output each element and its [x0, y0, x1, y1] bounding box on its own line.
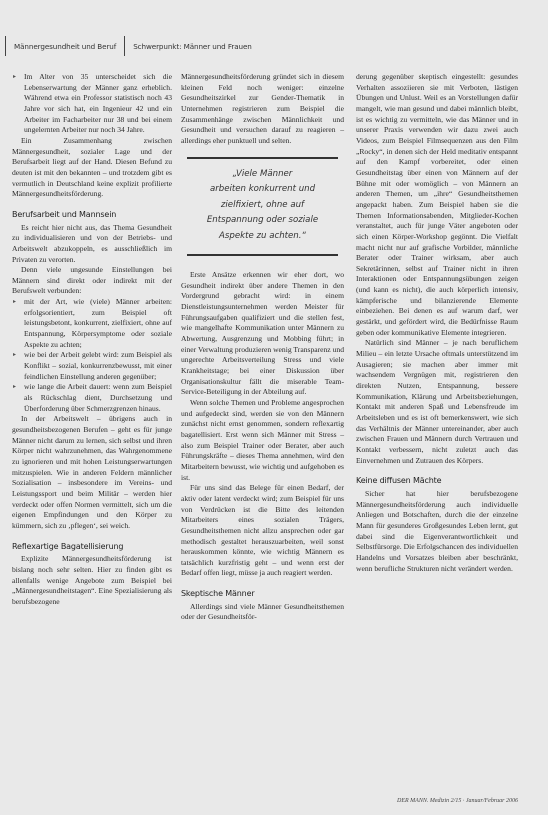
- bullet-list: mit der Art, wie (viele) Männer arbeiten…: [12, 297, 172, 414]
- page-footer-citation: DER MANN. Medizin 2/15 · Januar/Februar …: [397, 798, 518, 804]
- paragraph: Erste Ansätze erkennen wir eher dort, wo…: [181, 270, 344, 398]
- paragraph: Männergesundheitsförderung gründet sich …: [181, 72, 344, 147]
- pull-quote-line: Entspannung oder soziale: [187, 213, 338, 229]
- paragraph: Sicher hat hier berufsbezogene Männerges…: [356, 489, 518, 574]
- paragraph: In der Arbeitswelt – übrigens auch in ge…: [12, 414, 172, 531]
- section-heading-bagatellisierung: Reflexartige Bagatellisierung: [12, 542, 172, 553]
- paragraph: Ein Zusammenhang zwischen Männergesundhe…: [12, 136, 172, 200]
- paragraph: Natürlich sind Männer – je nach beruflic…: [356, 338, 518, 466]
- pull-quote: „Viele Männer arbeiten konkurrent und zi…: [187, 157, 338, 257]
- paragraph: derung gegenüber skeptisch eingestellt: …: [356, 72, 518, 338]
- list-item: wie lange die Arbeit dauert: wenn zum Be…: [24, 382, 172, 414]
- pull-quote-line: „Viele Männer: [187, 167, 338, 183]
- running-header: Männergesundheit und Beruf Schwerpunkt: …: [0, 36, 548, 56]
- pull-quote-line: arbeiten konkurrent und: [187, 182, 338, 198]
- list-item: wie bei der Arbeit gelebt wird: zum Beis…: [24, 350, 172, 382]
- pull-quote-line: zielfixiert, ohne auf: [187, 198, 338, 214]
- paragraph: Denn viele ungesunde Einstellungen bei M…: [12, 265, 172, 297]
- paragraph: Für uns sind das Belege für einen Bedarf…: [181, 483, 344, 579]
- header-topic-label: Schwerpunkt: Männer und Frauen: [125, 42, 260, 51]
- paragraph: Wenn solche Themen und Probleme angespro…: [181, 398, 344, 483]
- bullet-list-intro: Im Alter von 35 unterscheidet sich die L…: [12, 72, 172, 136]
- column-2: Männergesundheitsförderung gründet sich …: [181, 72, 344, 623]
- column-1: Im Alter von 35 unterscheidet sich die L…: [12, 72, 172, 608]
- section-heading-skeptische-maenner: Skeptische Männer: [181, 589, 344, 600]
- header-section-label: Männergesundheit und Beruf: [6, 42, 124, 51]
- pull-quote-line: Aspekte zu achten.“: [187, 229, 338, 245]
- section-heading-keine-diffusen-maechte: Keine diffusen Mächte: [356, 476, 518, 487]
- paragraph: Es reicht hier nicht aus, das Thema Gesu…: [12, 223, 172, 266]
- paragraph: Explizite Männergesundheitsförderung ist…: [12, 554, 172, 607]
- list-item: mit der Art, wie (viele) Männer arbeiten…: [24, 297, 172, 350]
- section-heading-berufsarbeit: Berufsarbeit und Mannsein: [12, 210, 172, 221]
- list-item: Im Alter von 35 unterscheidet sich die L…: [24, 72, 172, 136]
- paragraph: Allerdings sind viele Männer Gesundheits…: [181, 602, 344, 623]
- column-3: derung gegenüber skeptisch eingestellt: …: [356, 72, 518, 574]
